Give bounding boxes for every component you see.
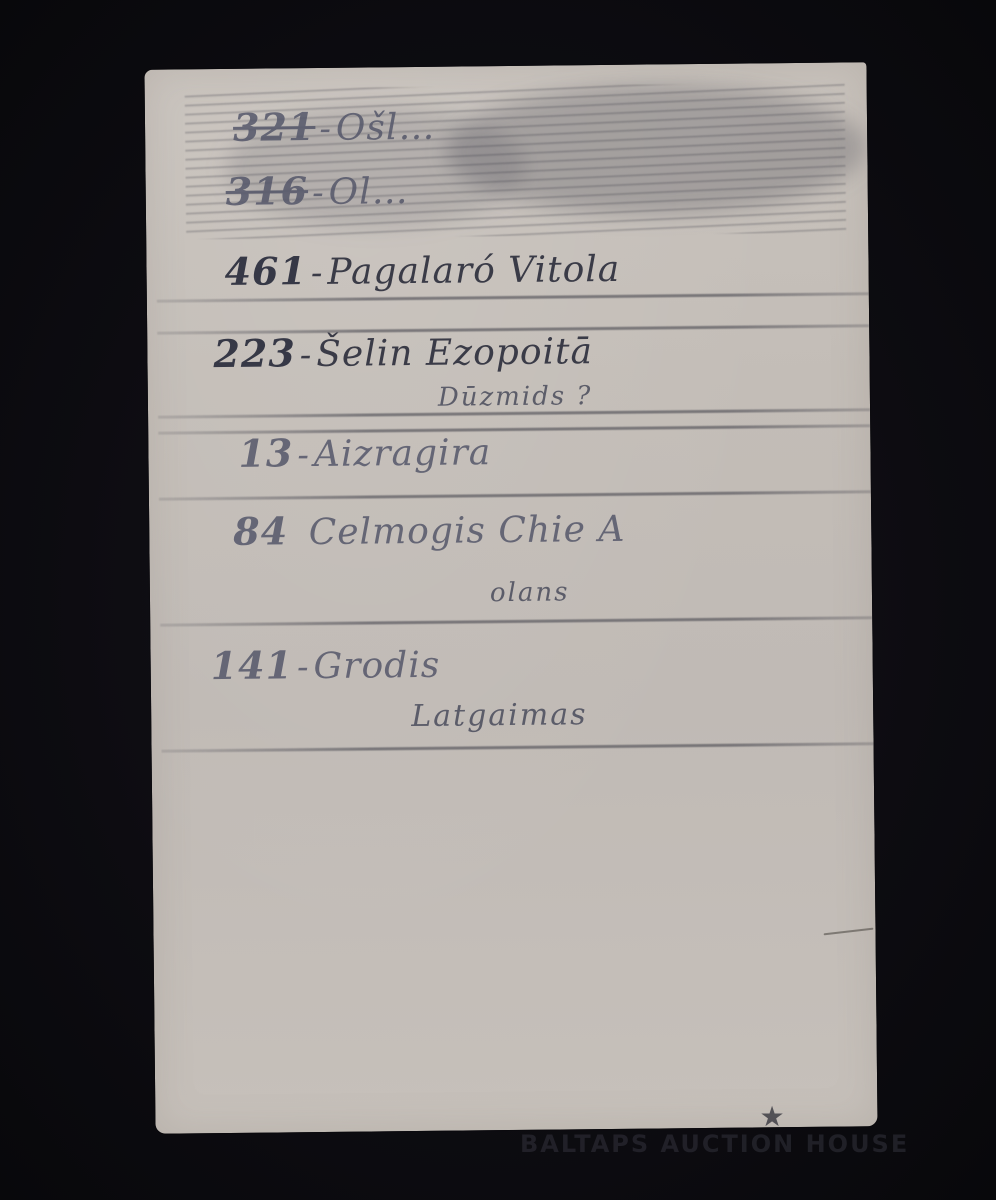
ruled-line: [162, 742, 874, 752]
list-entry: 461-Pagalaró Vitola: [224, 245, 620, 294]
watermark-text: BALTAPS AUCTION HOUSE: [520, 1130, 909, 1158]
paper-crease: [824, 928, 874, 936]
entry-text: Aizragira: [314, 432, 492, 475]
list-entry: 316-Ol…: [225, 167, 408, 214]
ruled-line: [160, 616, 872, 626]
entry-number: 141: [210, 642, 293, 688]
entry-subtext: Dūzmids ?: [438, 381, 593, 413]
entry-number: 321: [233, 104, 316, 150]
ruled-line: [159, 490, 871, 500]
entry-dash: -: [297, 647, 310, 687]
list-entry: 223-Šelin Ezopoitā: [213, 327, 593, 376]
list-entry: 141-Grodis: [210, 641, 440, 688]
entry-number: 461: [224, 248, 307, 294]
entry-text: Ošl…: [336, 107, 436, 149]
list-entry: 321-Ošl…: [233, 103, 436, 150]
entry-dash: -: [300, 335, 313, 375]
entry-subtext: Latgaimas: [411, 697, 588, 734]
paper-sheet: 321-Ošl… 316-Ol… 461-Pagalaró Vitola 223…: [144, 62, 877, 1134]
entry-text: Celmogis Chie A: [308, 509, 625, 553]
entry-number: 223: [213, 330, 296, 376]
entry-dash: -: [319, 109, 332, 149]
star-emblem-icon: ★: [755, 1100, 789, 1134]
entry-number: 13: [238, 430, 293, 476]
entry-text: Ol…: [328, 171, 408, 213]
entry-text: Šelin Ezopoitā: [316, 331, 593, 375]
entry-dash: -: [312, 173, 325, 213]
entry-text: Pagalaró Vitola: [327, 249, 620, 293]
entry-subtext: olans: [490, 577, 570, 608]
entry-dash: -: [311, 253, 324, 293]
list-entry: 13-Aizragira: [238, 428, 491, 476]
entry-text: Grodis: [313, 645, 440, 687]
list-entry: 84-Celmogis Chie A: [233, 505, 625, 554]
entry-dash: -: [297, 435, 310, 475]
ruled-line: [157, 292, 869, 302]
entry-number: 316: [225, 168, 308, 214]
entry-number: 84: [233, 508, 288, 554]
